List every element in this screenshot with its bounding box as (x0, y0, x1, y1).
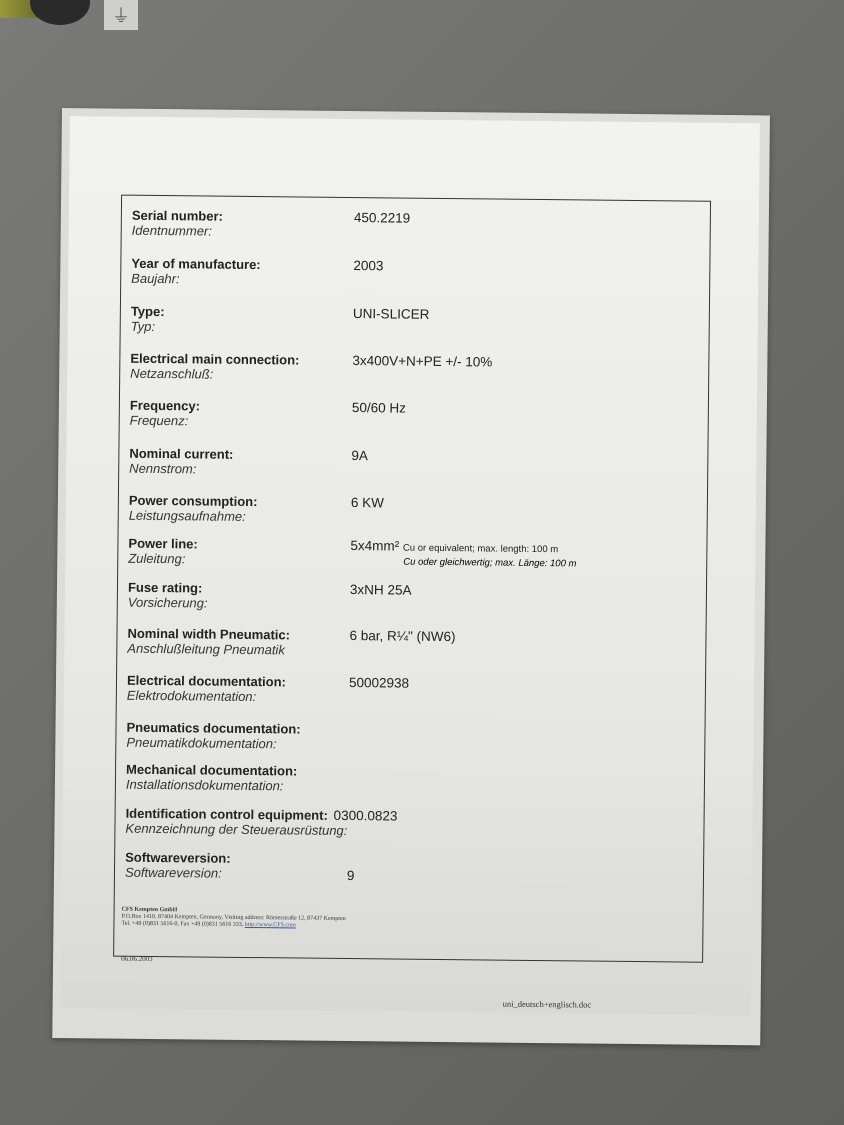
document-date: 06.06.2003 (121, 955, 153, 963)
spec-value: 6 KW (351, 495, 384, 510)
spec-label: Pneumatics documentation:Pneumatikdokume… (126, 720, 300, 752)
label-en: Softwareversion: (125, 850, 231, 866)
spec-label: Fuse rating:Vorsicherung: (128, 580, 208, 611)
ground-symbol-icon: ⏚ (104, 0, 138, 30)
spec-row: Frequency:Frequenz:50/60 Hz (120, 398, 708, 404)
label-en: Year of manufacture: (131, 256, 260, 272)
spec-label: Frequency:Frequenz: (130, 398, 200, 429)
spec-row: Mechanical documentation:Installationsdo… (116, 762, 704, 768)
spec-label: Serial number:Identnummer: (132, 208, 223, 239)
spec-value: 50002938 (349, 675, 409, 691)
spec-row: Pneumatics documentation:Pneumatikdokume… (117, 720, 705, 726)
value-text: 50/60 Hz (352, 400, 406, 416)
value-text: 450.2219 (354, 210, 410, 226)
company-phone: Tel. +49 (0)831 5616-0, Fax +49 (0)831 5… (121, 921, 243, 928)
spec-value: 2003 (353, 258, 383, 273)
label-en: Power line: (128, 536, 198, 552)
label-en: Nominal current: (129, 446, 233, 462)
label-de: Softwareversion: (125, 865, 231, 881)
spec-label: Identification control equipment:Kennzei… (125, 806, 347, 838)
value-text: 5x4mm² (350, 538, 399, 554)
spec-row: Softwareversion:Softwareversion:9 (115, 850, 703, 856)
spec-value: 9 (347, 868, 355, 883)
note-en: Cu or equivalent; max. length: 100 m (403, 543, 558, 556)
spec-label: Softwareversion:Softwareversion: (125, 850, 231, 881)
label-de: Kennzeichnung der Steuerausrüstung: (125, 821, 347, 838)
spec-label: Nominal width Pneumatic:Anschlußleitung … (127, 626, 290, 658)
label-de: Elektrodokumentation: (127, 688, 286, 705)
company-footer: CFS Kempten GmbH P.O.Box 1410, 87404 Kem… (121, 907, 345, 930)
value-text: 9A (351, 448, 368, 463)
label-en: Electrical main connection: (130, 351, 299, 368)
spec-row: Power consumption:Leistungsaufnahme:6 KW (119, 493, 707, 499)
spec-label: Electrical main connection:Netzanschluß: (130, 351, 299, 383)
value-text: 9 (347, 868, 355, 883)
spec-value: 5x4mm² Cu or equivalent; max. length: 10… (350, 538, 558, 555)
label-de: Installationsdokumentation: (126, 777, 297, 794)
plastic-sleeve: Serial number:Identnummer:450.2219Year o… (52, 108, 770, 1045)
spec-value: 3x400V+N+PE +/- 10% (352, 353, 492, 369)
value-text: 3xNH 25A (350, 582, 412, 598)
value-text: 6 KW (351, 495, 384, 510)
label-en: Type: (131, 304, 165, 319)
label-en: Power consumption: (129, 493, 258, 509)
label-de: Nennstrom: (129, 461, 233, 477)
spec-label: Power line:Zuleitung: (128, 536, 198, 567)
spec-label: Electrical documentation:Elektrodokument… (127, 673, 286, 705)
spec-label: Nominal current:Nennstrom: (129, 446, 233, 477)
spec-value: 3xNH 25A (350, 582, 412, 598)
label-en: Fuse rating: (128, 580, 208, 596)
spec-row: Nominal width Pneumatic:Anschlußleitung … (118, 626, 706, 632)
spec-row: Identification control equipment:Kennzei… (116, 806, 704, 812)
spec-row: Power line:Zuleitung:5x4mm² Cu or equiva… (119, 536, 707, 542)
spec-row: Nominal current:Nennstrom:9A (119, 446, 707, 452)
label-de: Typ: (131, 319, 165, 334)
spec-row: Serial number:Identnummer:450.2219 (122, 208, 710, 214)
value-text: 3x400V+N+PE +/- 10% (352, 353, 492, 369)
note-de: Cu oder gleichwertig; max. Länge: 100 m (403, 557, 576, 570)
label-de: Baujahr: (131, 271, 260, 287)
value-text: UNI-SLICER (353, 306, 430, 322)
spec-value: 50/60 Hz (352, 400, 406, 416)
spec-value: 9A (351, 448, 368, 463)
label-de: Pneumatikdokumentation: (126, 735, 300, 752)
company-link[interactable]: http://www.CFS.com (245, 922, 296, 929)
spec-value: 6 bar, R¼" (NW6) (349, 628, 455, 644)
label-de: Zuleitung: (128, 551, 198, 567)
spec-label: Type:Typ: (131, 304, 165, 334)
label-en: Serial number: (132, 208, 223, 224)
spec-row: Type:Typ:UNI-SLICER (121, 304, 709, 310)
data-sheet: Serial number:Identnummer:450.2219Year o… (61, 116, 760, 1015)
spec-value: 0300.0823 (334, 808, 398, 824)
label-de: Vorsicherung: (128, 595, 208, 611)
label-en: Electrical documentation: (127, 673, 286, 690)
value-text: 0300.0823 (334, 808, 398, 824)
label-en: Frequency: (130, 398, 200, 414)
spec-row: Electrical documentation:Elektrodokument… (117, 673, 705, 679)
label-de: Leistungsaufnahme: (129, 508, 258, 524)
label-en: Mechanical documentation: (126, 762, 297, 779)
value-text: 50002938 (349, 675, 409, 691)
spec-value: 450.2219 (354, 210, 410, 226)
label-en: Nominal width Pneumatic: (127, 626, 290, 643)
label-de: Netzanschluß: (130, 366, 299, 383)
spec-row: Fuse rating:Vorsicherung:3xNH 25A (118, 580, 706, 586)
label-de: Anschlußleitung Pneumatik (127, 641, 290, 658)
value-text: 6 bar, R¼" (NW6) (349, 628, 455, 644)
spec-label: Year of manufacture:Baujahr: (131, 256, 261, 287)
document-filename: uni_deutsch+englisch.doc (503, 999, 592, 1010)
value-text: 2003 (353, 258, 383, 273)
label-de: Identnummer: (132, 223, 223, 239)
spec-row: Electrical main connection:Netzanschluß:… (120, 351, 708, 357)
spec-row: Year of manufacture:Baujahr:2003 (121, 256, 709, 262)
data-frame: Serial number:Identnummer:450.2219Year o… (113, 195, 711, 963)
label-de: Frequenz: (130, 413, 200, 429)
spec-value: UNI-SLICER (353, 306, 430, 322)
spec-label: Mechanical documentation:Installationsdo… (126, 762, 298, 794)
spec-label: Power consumption:Leistungsaufnahme: (129, 493, 258, 524)
